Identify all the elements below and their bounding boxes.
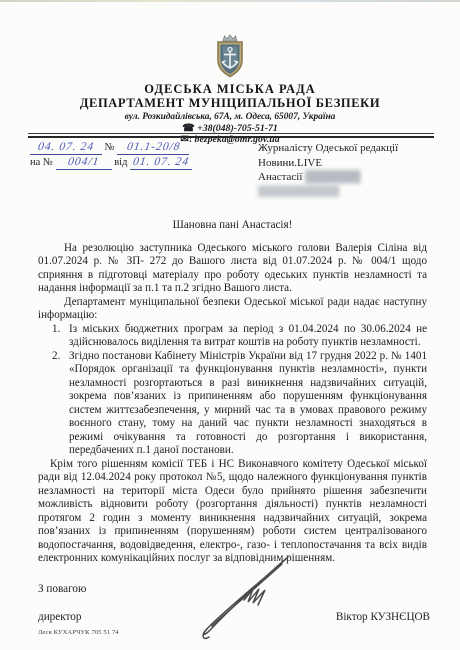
letterhead: ОДЕСЬКА МІСЬКА РАДА ДЕПАРТАМЕНТ МУНІЦИПА…: [0, 34, 460, 145]
reply-date-label: від: [114, 157, 127, 168]
executor-note: Леся КУХАРЧУК 705 51 74: [38, 629, 119, 636]
letterhead-separator: [28, 133, 434, 138]
recipient-block: Журналісту Одеської редакції Новини.LIVE…: [258, 141, 438, 199]
recipient-line-role: Журналісту Одеської редакції: [258, 141, 438, 156]
regards-line: З повагою: [38, 583, 86, 595]
list-item-2-number: 2.: [52, 350, 60, 364]
odesa-coat-of-arms-icon: [212, 34, 248, 79]
reference-row-outgoing: 04. 07. 24 № 01.1-20/8: [30, 141, 245, 155]
list-item-2: 2. Згідно постанови Кабінету Міністрів У…: [38, 350, 427, 458]
list-item-2-text: Згідно постанови Кабінету Міністрів Укра…: [69, 350, 427, 457]
incoming-number-handwritten: 004/1: [67, 156, 100, 169]
signer-title: директор: [38, 611, 81, 623]
reply-number-label: на №: [30, 157, 53, 168]
redacted-surname: ████████: [305, 171, 359, 183]
reference-row-incoming: на № 004/1 від 01. 07. 24: [30, 156, 245, 170]
signer-name: Віктор КУЗНЄЦОВ: [336, 611, 430, 623]
outgoing-number-handwritten: 01.1-20/8: [126, 141, 181, 154]
org-address: вул. Розкидайлівська, 67А, м. Одеса, 650…: [0, 112, 460, 123]
salutation: Шановна пані Анастасія!: [38, 219, 427, 233]
outgoing-date-handwritten: 04. 07. 24: [37, 141, 95, 154]
redacted-email: ██████████████: [258, 185, 438, 200]
reference-block: 04. 07. 24 № 01.1-20/8 на № 004/1 від 01…: [30, 141, 245, 171]
list-item-1: 1. Із міських бюджетних програм за періо…: [38, 323, 427, 350]
paragraph-resolution: На резолюцію заступника Одеського місько…: [38, 242, 427, 296]
signature-row: директор Віктор КУЗНЄЦОВ: [38, 611, 430, 623]
org-name-line2: ДЕПАРТАМЕНТ МУНІЦИПАЛЬНОЇ БЕЗПЕКИ: [0, 96, 460, 110]
list-item-1-number: 1.: [52, 323, 60, 337]
handwritten-signature: [182, 556, 302, 642]
paragraph-closing: Крім того рішенням комісії ТЕБ і НС Вико…: [38, 458, 427, 566]
recipient-line-media: Новини.LIVE: [258, 156, 438, 171]
org-name-line1: ОДЕСЬКА МІСЬКА РАДА: [0, 82, 460, 96]
number-label: №: [105, 142, 115, 153]
letter-body: Шановна пані Анастасія! На резолюцію зас…: [38, 219, 427, 566]
scanned-letter-page: ОДЕСЬКА МІСЬКА РАДА ДЕПАРТАМЕНТ МУНІЦИПА…: [0, 0, 460, 650]
numbered-list: 1. Із міських бюджетних програм за періо…: [38, 323, 427, 458]
recipient-line-name: Анастасії ████████: [258, 170, 438, 185]
scan-edge-artifact: [0, 0, 460, 2]
list-item-1-text: Із міських бюджетних програм за період з…: [69, 323, 427, 349]
paragraph-intro: Департамент муніципальної безпеки Одеськ…: [38, 296, 427, 323]
incoming-date-handwritten: 01. 07. 24: [132, 156, 190, 169]
